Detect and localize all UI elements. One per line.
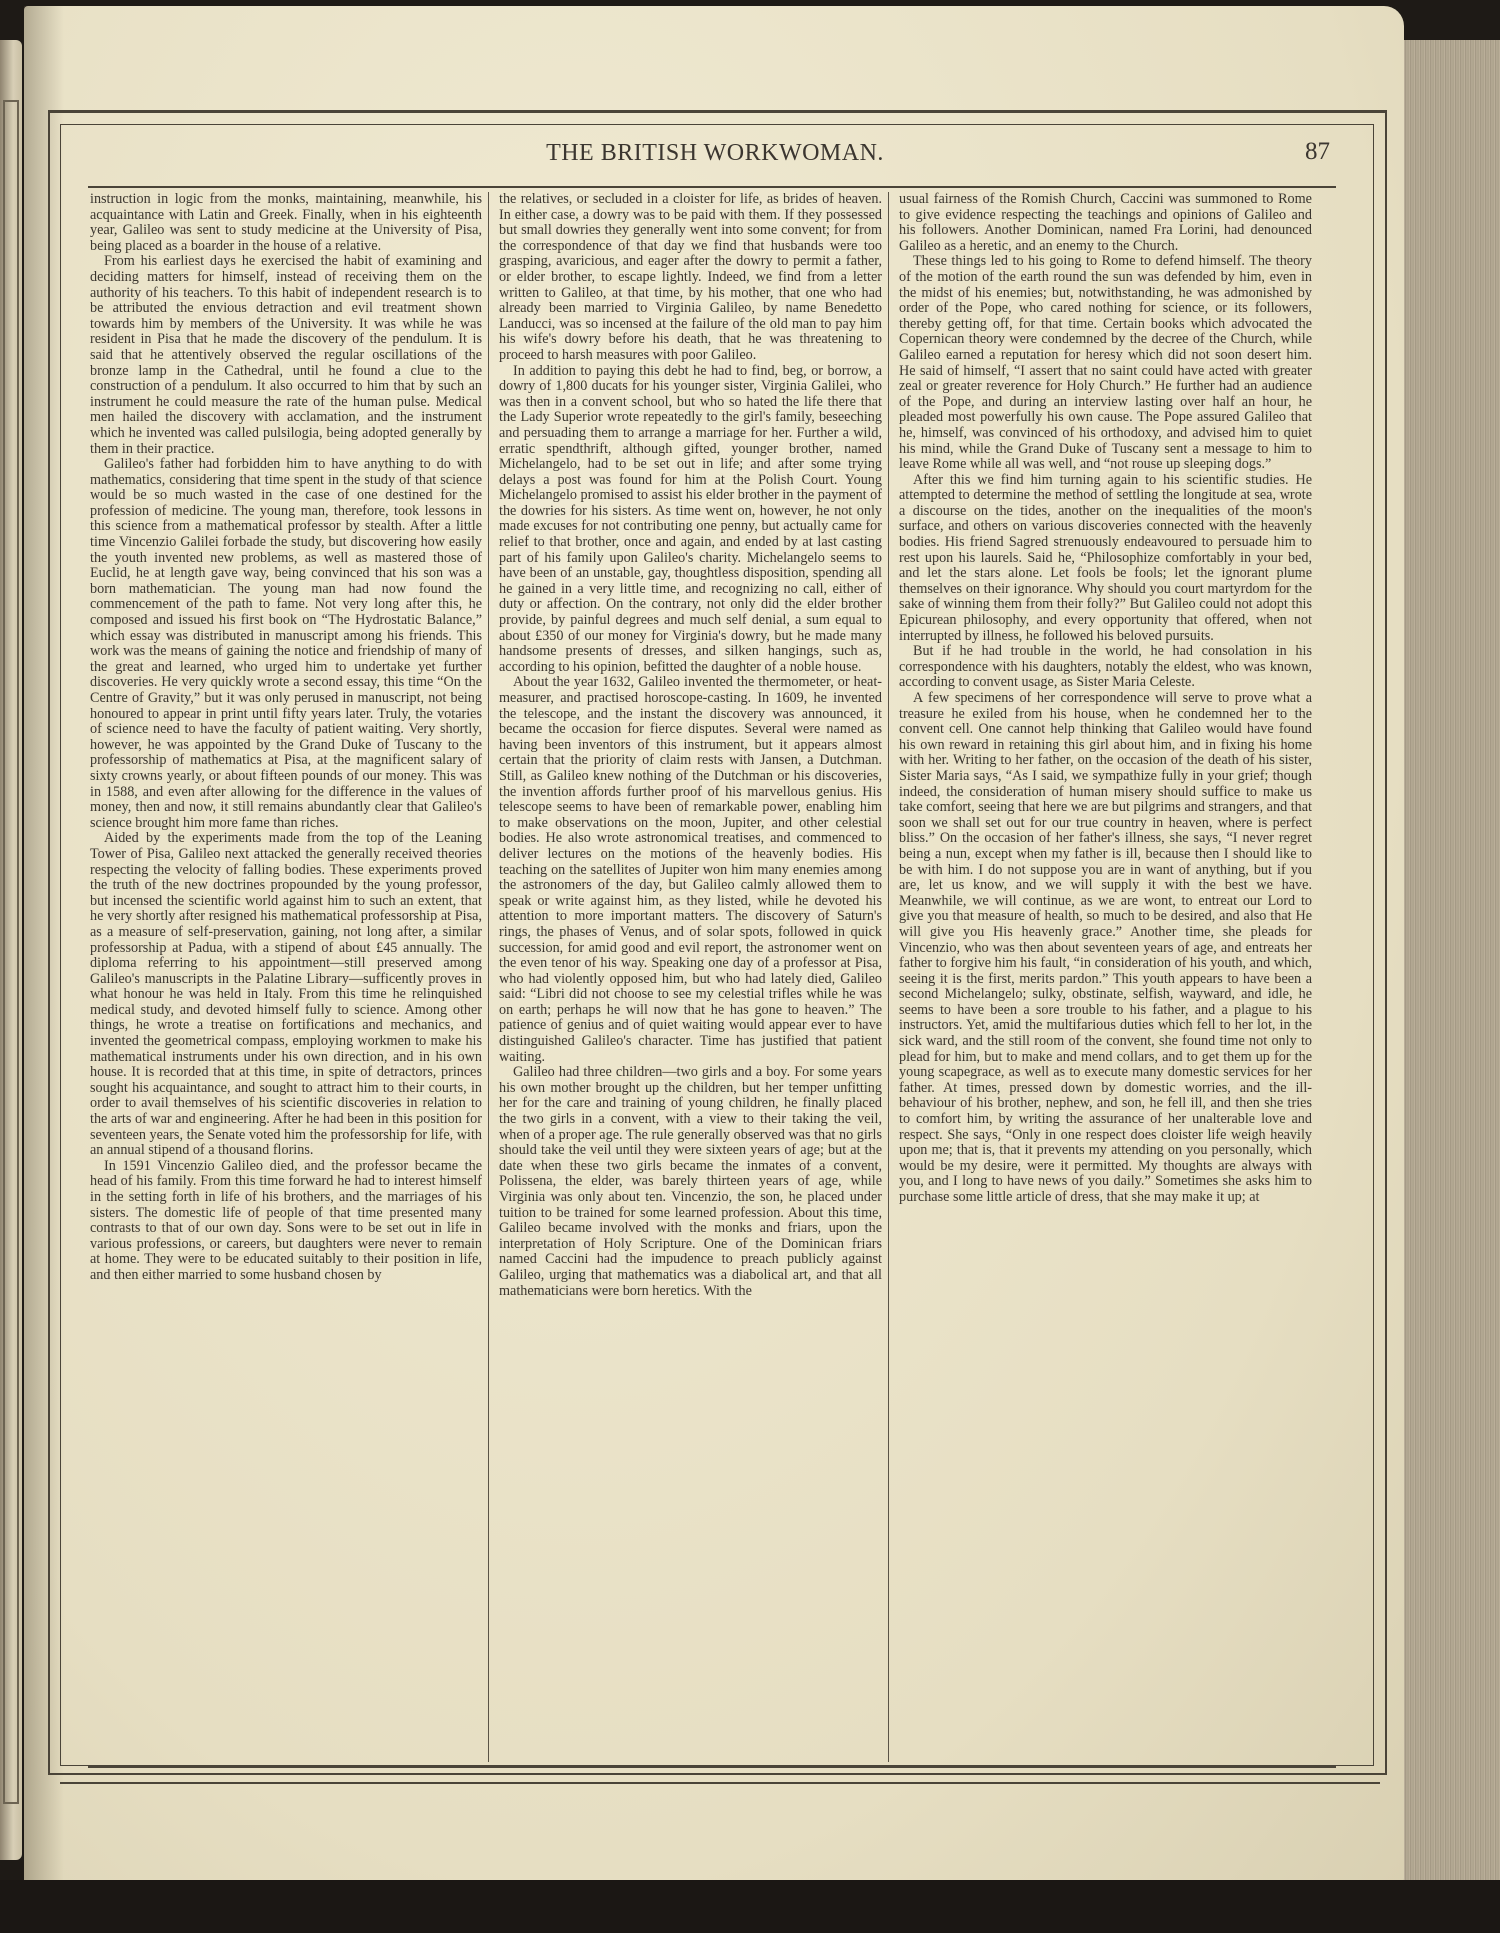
footer-rule <box>88 1766 1336 1768</box>
book-fore-edge <box>1400 40 1500 1930</box>
paragraph: the relatives, or secluded in a cloister… <box>499 192 882 364</box>
masthead: THE BRITISH WORKWOMAN. 87 <box>70 140 1360 172</box>
paragraph: instruction in logic from the monks, mai… <box>90 192 482 254</box>
paragraph: Aided by the experiments made from the t… <box>90 831 482 1158</box>
paragraph: These things led to his going to Rome to… <box>899 254 1312 472</box>
paragraph: From his earliest days he exercised the … <box>90 254 482 457</box>
paragraph: Galileo's father had forbidden him to ha… <box>90 457 482 831</box>
article-columns: instruction in logic from the monks, mai… <box>90 192 1340 1762</box>
scan-background <box>0 1880 1500 1933</box>
left-page-edge <box>0 40 22 1860</box>
paragraph: About the year 1632, Galileo invented th… <box>499 675 882 1065</box>
paragraph: usual fairness of the Romish Church, Cac… <box>899 192 1312 254</box>
publication-title: THE BRITISH WORKWOMAN. <box>70 140 1360 167</box>
paragraph: A few specimens of her correspondence wi… <box>899 691 1312 1206</box>
header-rule <box>88 186 1336 188</box>
column-3: usual fairness of the Romish Church, Cac… <box>888 192 1318 1762</box>
left-page-border <box>3 100 19 1804</box>
column-2: the relatives, or secluded in a cloister… <box>488 192 888 1762</box>
paragraph: Galileo had three children—two girls and… <box>499 1065 882 1299</box>
footer-rule-outer <box>60 1782 1380 1784</box>
column-1: instruction in logic from the monks, mai… <box>90 192 488 1762</box>
paragraph: In 1591 Vincenzio Galileo died, and the … <box>90 1159 482 1284</box>
paragraph: In addition to paying this debt he had t… <box>499 364 882 676</box>
page-number: 87 <box>1305 138 1330 166</box>
paragraph: After this we find him turning again to … <box>899 473 1312 645</box>
paragraph: But if he had trouble in the world, he h… <box>899 644 1312 691</box>
